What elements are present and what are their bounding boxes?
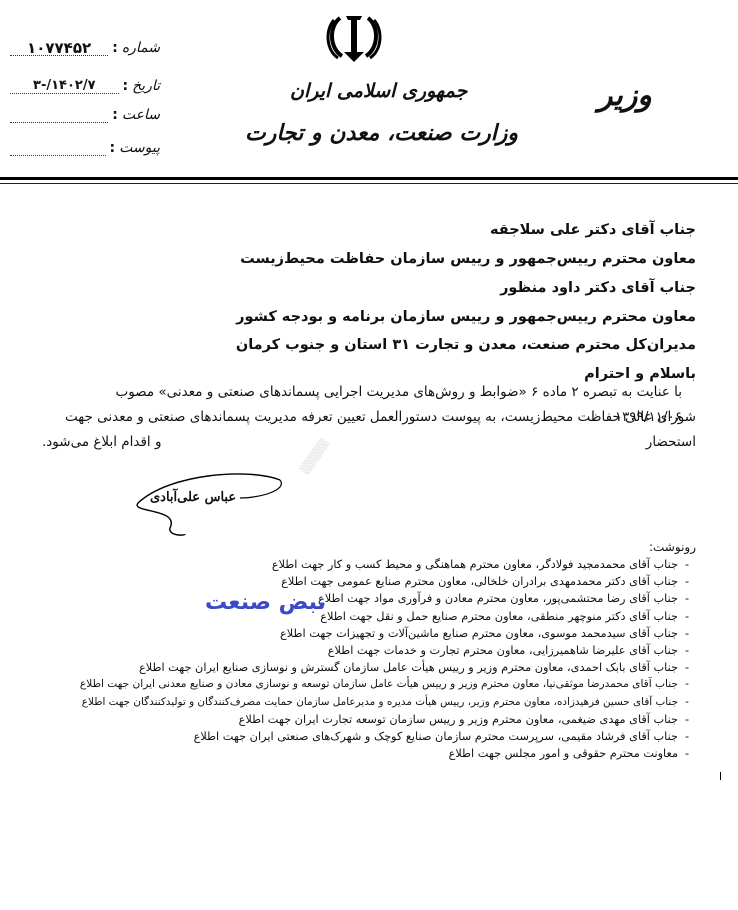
date-label: تاریخ	[132, 78, 160, 94]
bullet-dash: -	[678, 608, 696, 625]
number-field: شماره : ۱۰۷۷۴۵۲	[10, 34, 160, 56]
body-line-3: و اقدام ابلاغ می‌شود.	[42, 430, 682, 455]
bullet-dash: -	[678, 642, 696, 659]
cc-list: -جناب آقای محمدمجید فولادگر، معاون محترم…	[6, 556, 696, 762]
addressee-line: معاون محترم رییس‌جمهور و رییس سازمان برن…	[136, 309, 696, 325]
number-label: شماره	[122, 40, 160, 56]
cc-item: -جناب آقای محمدرضا موثقی‌نیا، معاون محتر…	[6, 676, 696, 693]
addressee-line: مدیران‌کل محترم صنعت، معدن و تجارت ۳۱ اس…	[136, 337, 696, 353]
colon: :	[112, 40, 118, 56]
time-field: ساعت :	[10, 101, 160, 123]
bullet-dash: -	[678, 728, 696, 745]
republic-title: جمهوری اسلامی ایران	[290, 80, 467, 102]
cc-item: -جناب آقای سیدمحمد موسوی، معاون محترم صن…	[6, 625, 696, 642]
cc-item: -جناب آقای محمدمجید فولادگر، معاون محترم…	[6, 556, 696, 573]
addressee-line: جناب آقای دکتر علی سلاجقه	[136, 222, 696, 238]
ministry-title: وزارت صنعت، معدن و تجارت	[245, 120, 518, 146]
cc-title: رونوشت:	[649, 540, 696, 554]
cc-item: -جناب آقای رضا محتشمی‌پور، معاون محترم م…	[6, 590, 696, 607]
date-field: تاریخ : ۱۴۰۲/۷/-۳	[10, 72, 160, 94]
bullet-dash: -	[678, 676, 696, 693]
attachment-label: پیوست	[119, 140, 160, 156]
cc-item: -جناب آقای حسین فرهیدزاده، معاون محترم و…	[6, 694, 696, 711]
header-divider-thin	[0, 183, 738, 184]
bullet-dash: -	[678, 659, 696, 676]
cc-item: -جناب آقای علیرضا شاهمیرزایی، معاون محتر…	[6, 642, 696, 659]
bullet-dash: -	[678, 590, 696, 607]
cc-item: -معاونت محترم حقوقی و امور مجلس جهت اطلا…	[6, 745, 696, 762]
minister-title: وزیر	[598, 78, 652, 113]
cc-item: -جناب آقای دکتر محمدمهدی برادران خلخالی،…	[6, 573, 696, 590]
header-divider	[0, 177, 738, 180]
bullet-dash: -	[678, 745, 696, 762]
scan-mark	[720, 772, 721, 780]
cc-item: -جناب آقای دکتر منوچهر منطقی، معاون محتر…	[6, 608, 696, 625]
bullet-dash: -	[678, 694, 696, 711]
cc-item: -جناب آقای مهدی ضیغمی، معاون محترم وزیر …	[6, 711, 696, 728]
time-label: ساعت	[122, 107, 160, 123]
bullet-dash: -	[678, 573, 696, 590]
bullet-dash: -	[678, 556, 696, 573]
time-value	[10, 108, 108, 123]
iran-emblem-icon	[326, 12, 382, 64]
signatory-name: عباس علی‌آبادی	[150, 490, 236, 505]
bullet-dash: -	[678, 625, 696, 642]
cc-item: -جناب آقای بابک احمدی، معاون محترم وزیر …	[6, 659, 696, 676]
colon: :	[123, 78, 129, 94]
addressee-line: معاون محترم رییس‌جمهور و رییس سازمان حفا…	[136, 251, 696, 267]
colon: :	[112, 107, 118, 123]
number-value: ۱۰۷۷۴۵۲	[10, 41, 108, 56]
addressee-line: جناب آقای دکتر داود منظور	[136, 280, 696, 296]
attachment-field: پیوست :	[10, 134, 160, 156]
bullet-dash: -	[678, 711, 696, 728]
cc-item: -جناب آقای فرشاد مقیمی، سرپرست محترم ساز…	[6, 728, 696, 745]
watermark-text: نبض صنعت	[205, 590, 326, 615]
attachment-value	[10, 141, 106, 156]
date-value: ۱۴۰۲/۷/-۳	[10, 79, 119, 94]
colon: :	[110, 140, 116, 156]
